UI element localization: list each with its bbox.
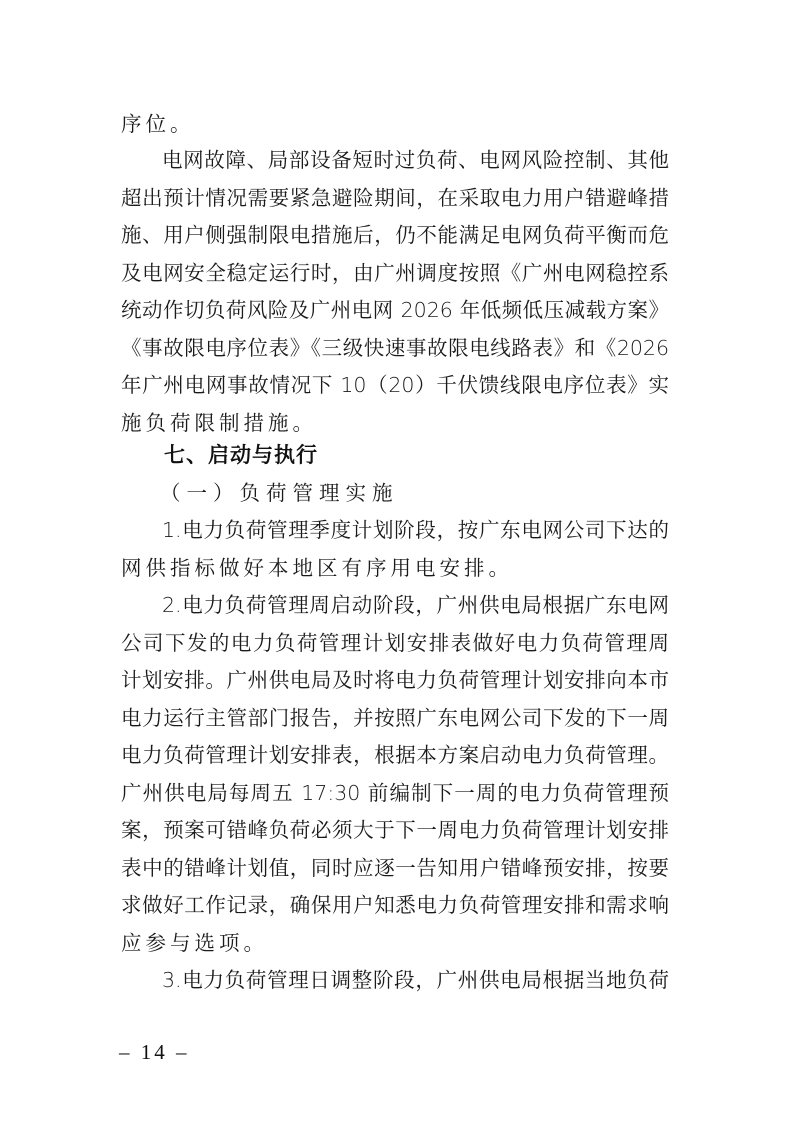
item-2-line: 求做好工作记录，确保用户知悉电力负荷管理安排和需求响	[121, 886, 669, 924]
item-2-line: 应参与选项。	[121, 924, 669, 962]
item-2-line: 电力运行主管部门报告，并按照广东电网公司下发的下一周	[121, 699, 669, 737]
section-heading: 七、启动与执行	[164, 436, 318, 474]
item-2-line: 2.电力负荷管理周启动阶段，广州供电局根据广东电网	[162, 586, 669, 624]
document-page: 序位。 电网故障、局部设备短时过负荷、电网风险控制、其他 超出预计情况需要紧急避…	[0, 0, 793, 1122]
item-2-line: 案，预案可错峰负荷必须大于下一周电力负荷管理计划安排	[121, 811, 669, 849]
item-1-line: 网供指标做好本地区有序用电安排。	[121, 549, 669, 587]
item-2-line: 广州供电局每周五 17:30 前编制下一周的电力负荷管理预	[121, 774, 669, 812]
paragraph-line: 《事故限电序位表》《三级快速事故限电线路表》和《2026	[121, 329, 669, 367]
page-number: – 14 –	[119, 1040, 190, 1065]
paragraph-line: 超出预计情况需要紧急避险期间，在采取电力用户错避峰措	[121, 179, 669, 217]
subsection-heading: （一）负荷管理实施	[160, 474, 399, 512]
item-1-line: 1.电力负荷管理季度计划阶段，按广东电网公司下达的	[162, 511, 669, 549]
paragraph-line: 及电网安全稳定运行时，由广州调度按照《广州电网稳控系	[121, 254, 669, 292]
paragraph-line: 统动作切负荷风险及广州电网 2026 年低频低压减载方案》	[121, 291, 669, 329]
paragraph-line: 电网故障、局部设备短时过负荷、电网风险控制、其他	[162, 141, 669, 179]
item-2-line: 电力负荷管理计划安排表，根据本方案启动电力负荷管理。	[121, 736, 669, 774]
item-2-line: 计划安排。广州供电局及时将电力负荷管理计划安排向本市	[121, 661, 669, 699]
item-3-line: 3.电力负荷管理日调整阶段，广州供电局根据当地负荷	[162, 961, 669, 999]
paragraph-line: 序位。	[121, 105, 669, 143]
paragraph-line: 施、用户侧强制限电措施后，仍不能满足电网负荷平衡而危	[121, 216, 669, 254]
paragraph-line: 年广州电网事故情况下 10（20）千伏馈线限电序位表》实	[121, 366, 669, 404]
item-2-line: 表中的错峰计划值，同时应逐一告知用户错峰预安排，按要	[121, 849, 669, 887]
item-2-line: 公司下发的电力负荷管理计划安排表做好电力负荷管理周	[121, 624, 669, 662]
